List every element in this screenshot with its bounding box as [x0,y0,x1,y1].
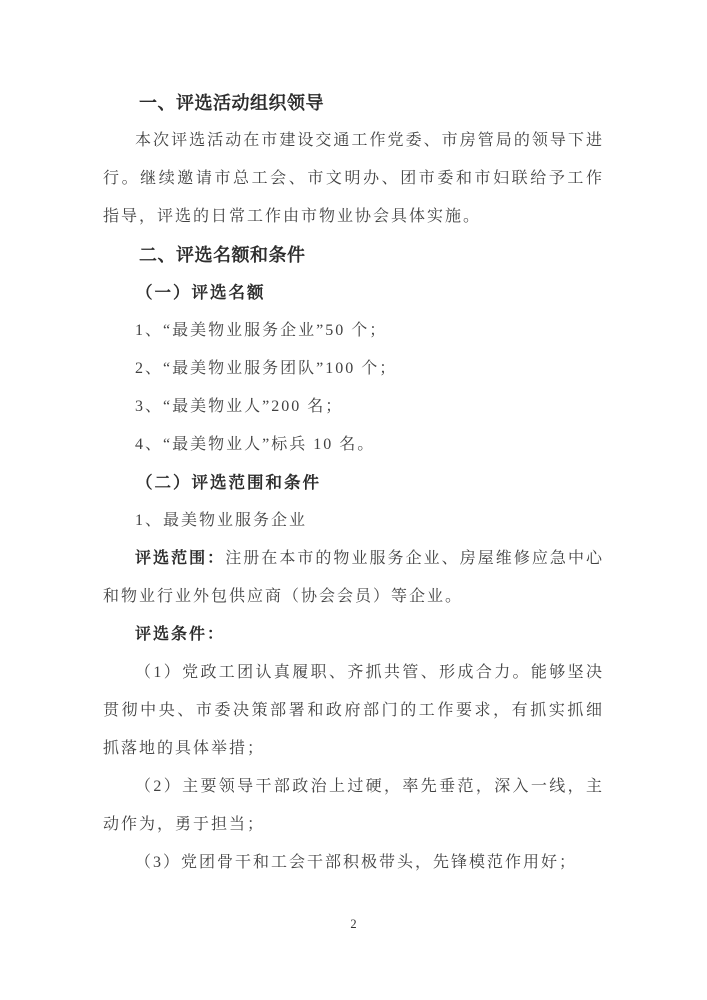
conditions-label: 评选条件： [103,616,604,654]
document-content: 一、评选活动组织领导 本次评选活动在市建设交通工作党委、市房管局的领导下进行。继… [103,84,604,882]
quota-item-1: 1、“最美物业服务企业”50 个； [103,312,604,350]
document-page: 一、评选活动组织领导 本次评选活动在市建设交通工作党委、市房管局的领导下进行。继… [0,0,707,1000]
page-footer: 2 [0,915,707,933]
scope-label: 评选范围： [135,550,225,567]
condition-item-2: （2）主要领导干部政治上过硬，率先垂范，深入一线，主动作为，勇于担当； [103,768,604,844]
heading-section-1: 一、评选活动组织领导 [103,84,604,122]
quota-item-2: 2、“最美物业服务团队”100 个； [103,350,604,388]
para-organization-leadership: 本次评选活动在市建设交通工作党委、市房管局的领导下进行。继续邀请市总工会、市文明… [103,122,604,236]
heading-section-2: 二、评选名额和条件 [103,236,604,274]
quota-item-3: 3、“最美物业人”200 名； [103,388,604,426]
page-number: 2 [350,917,356,931]
quota-item-4: 4、“最美物业人”标兵 10 名。 [103,426,604,464]
condition-item-3: （3）党团骨干和工会干部积极带头，先锋模范作用好； [103,844,604,882]
condition-item-1: （1）党政工团认真履职、齐抓共管、形成合力。能够坚决贯彻中央、市委决策部署和政府… [103,654,604,768]
category-heading: 1、最美物业服务企业 [103,502,604,540]
subheading-quota: （一）评选名额 [103,274,604,312]
subheading-scope-conditions: （二）评选范围和条件 [103,464,604,502]
para-scope: 评选范围：注册在本市的物业服务企业、房屋维修应急中心和物业行业外包供应商（协会会… [103,540,604,616]
